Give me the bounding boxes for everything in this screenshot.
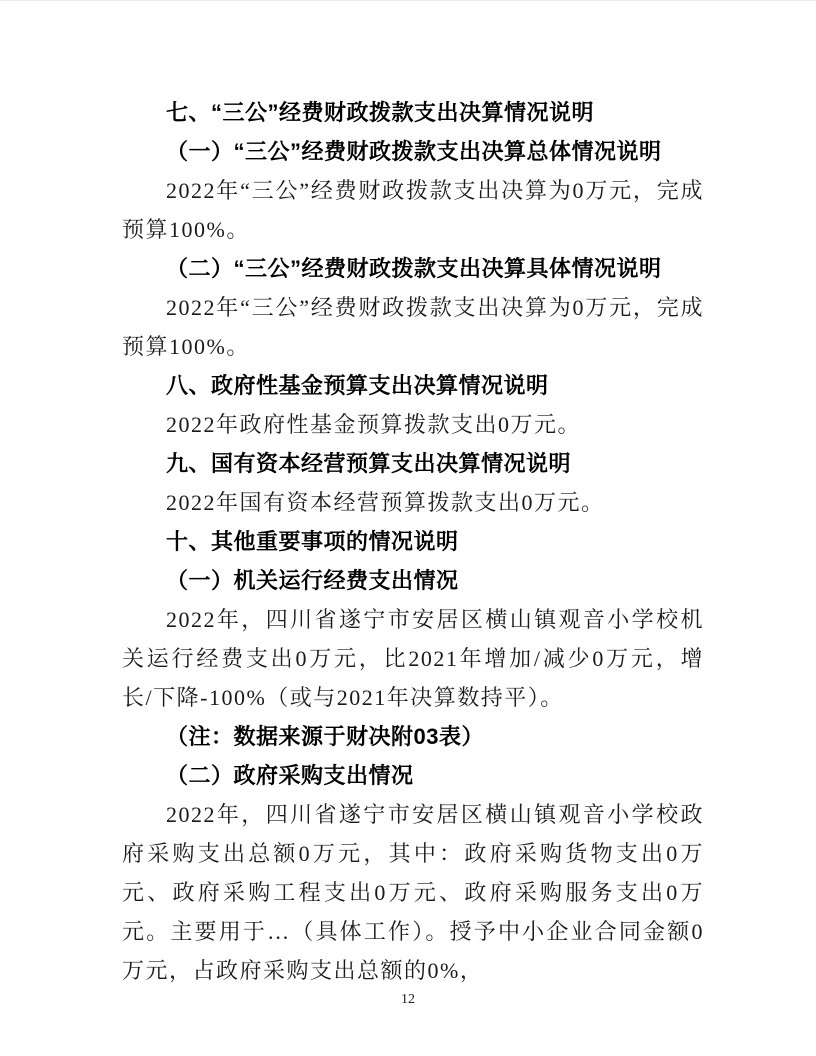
paragraph: 2022年，四川省遂宁市安居区横山镇观音小学校政府采购支出总额0万元，其中：政府… — [122, 795, 704, 990]
subsection-heading: （一）机关运行经费支出情况 — [122, 561, 704, 600]
section-heading: 七、“三公”经费财政拨款支出决算情况说明 — [122, 93, 704, 132]
section-heading: 九、国有资本经营预算支出决算情况说明 — [122, 444, 704, 483]
paragraph: 2022年国有资本经营预算拨款支出0万元。 — [122, 483, 704, 522]
paragraph: 2022年政府性基金预算拨款支出0万元。 — [122, 405, 704, 444]
paragraph: 2022年“三公”经费财政拨款支出决算为0万元，完成预算100%。 — [122, 288, 704, 366]
document-page: 七、“三公”经费财政拨款支出决算情况说明（一）“三公”经费财政拨款支出决算总体情… — [0, 0, 816, 1056]
section-heading: 八、政府性基金预算支出决算情况说明 — [122, 366, 704, 405]
subsection-heading: （二）政府采购支出情况 — [122, 756, 704, 795]
page-footer: 12 — [0, 990, 816, 1008]
note-line: （注：数据来源于财决附03表） — [122, 717, 704, 756]
section-heading: 十、其他重要事项的情况说明 — [122, 522, 704, 561]
subsection-heading: （一）“三公”经费财政拨款支出决算总体情况说明 — [122, 132, 704, 171]
subsection-heading: （二）“三公”经费财政拨款支出决算具体情况说明 — [122, 249, 704, 288]
page-number: 12 — [401, 992, 415, 1007]
document-content: 七、“三公”经费财政拨款支出决算情况说明（一）“三公”经费财政拨款支出决算总体情… — [122, 93, 704, 990]
paragraph: 2022年“三公”经费财政拨款支出决算为0万元，完成预算100%。 — [122, 171, 704, 249]
paragraph: 2022年，四川省遂宁市安居区横山镇观音小学校机关运行经费支出0万元，比2021… — [122, 600, 704, 717]
